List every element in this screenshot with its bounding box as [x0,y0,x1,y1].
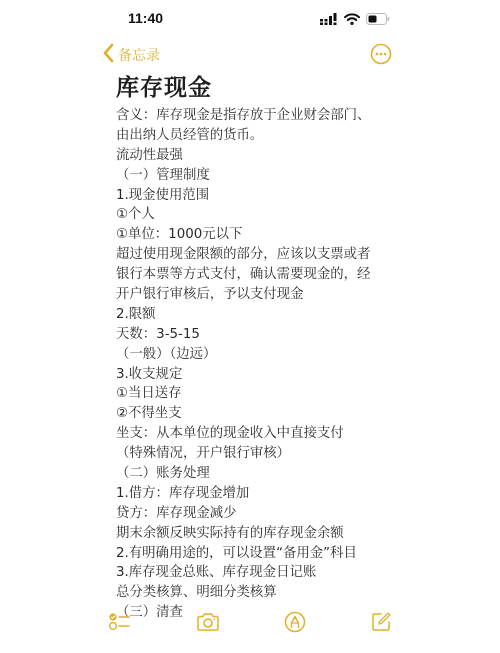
note-line: 1.现金使用范围 [116,186,416,206]
note-line: 流动性最强 [116,146,416,166]
camera-button[interactable] [195,611,221,637]
note-line: 1.借方：库存现金增加 [116,484,416,504]
wifi-icon [344,10,360,29]
note-title: 库存现金 [116,70,416,106]
note-line: 由出纳人员经管的货币。 [116,126,416,146]
note-line: 2.限额 [116,305,416,325]
status-bar: 11:40 [0,0,500,36]
note-line: （一般）（边远） [116,345,416,365]
checklist-button[interactable] [107,611,133,637]
chevron-left-icon [102,43,114,67]
ellipsis-circle-icon [370,50,392,69]
cellular-signal-icon [320,10,338,29]
note-line: 贷方：库存现金减少 [116,504,416,524]
back-label: 备忘录 [118,45,160,65]
note-body: 含义：库存现金是指存放于企业财会部门、 由出纳人员经管的货币。 流动性最强 （一… [116,106,416,623]
markup-button[interactable] [282,611,308,637]
camera-icon [196,612,220,636]
note-line: 3.收支规定 [116,365,416,385]
status-icons [320,12,390,26]
back-button[interactable]: 备忘录 [102,43,160,67]
note-line: 期末余额反映实际持有的库存现金余额 [116,524,416,544]
note-content[interactable]: 库存现金 含义：库存现金是指存放于企业财会部门、 由出纳人员经管的货币。 流动性… [116,70,416,623]
compose-icon [370,611,392,637]
note-line: ①个人 [116,205,416,225]
note-line: 银行本票等方式支付，确认需要现金的，经 [116,265,416,285]
note-line: 超过使用现金限额的部分，应该以支票或者 [116,245,416,265]
battery-icon [366,10,390,29]
note-line: 3.库存现金总账、库存现金日记账 [116,563,416,583]
checklist-icon [108,611,132,637]
note-line: 坐支：从本单位的现金收入中直接支付 [116,424,416,444]
note-line: 开户银行审核后，予以支付现金 [116,285,416,305]
note-line: （二）账务处理 [116,464,416,484]
status-time: 11:40 [128,10,163,26]
note-line: 2.有明确用途的，可以设置“备用金”科目 [116,544,416,564]
note-line: （特殊情况，开户银行审核） [116,444,416,464]
bottom-toolbar [0,608,500,638]
note-line: ①单位：1000元以下 [116,225,416,245]
compose-button[interactable] [368,611,394,637]
nav-bar: 备忘录 [0,40,500,70]
markup-pen-icon [284,611,306,637]
note-line: 天数：3-5-15 [116,325,416,345]
note-line: ②不得坐支 [116,404,416,424]
note-line: 总分类核算、明细分类核算 [116,583,416,603]
more-button[interactable] [370,43,392,65]
note-line: 含义：库存现金是指存放于企业财会部门、 [116,106,416,126]
note-line: ①当日送存 [116,384,416,404]
note-line: （一）管理制度 [116,166,416,186]
